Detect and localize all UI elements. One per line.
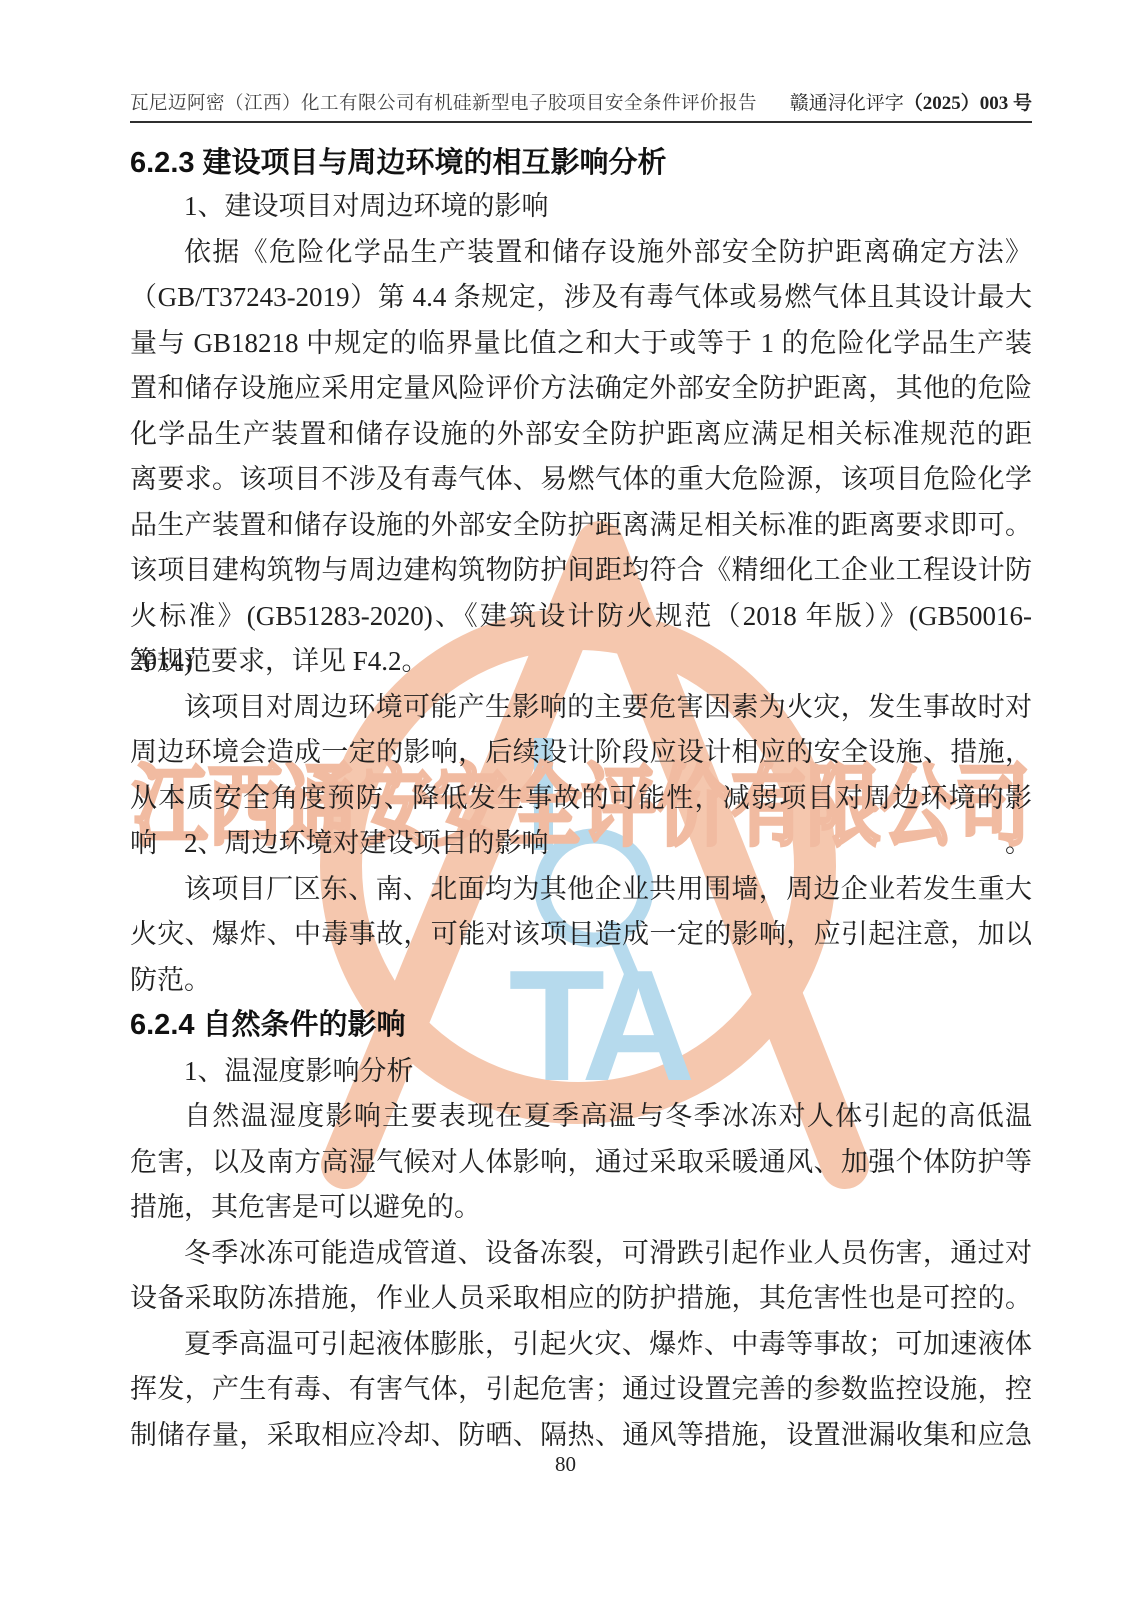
body-line: 夏季高温可引起液体膨胀，引起火灾、爆炸、中毒等事故；可加速液体 [130, 1322, 1032, 1368]
document-number: 赣通浔化评字（2025）003 号 [790, 88, 1032, 115]
document-number-label: 赣通浔化评字 [790, 93, 904, 114]
section-heading: 6.2.4 自然条件的影响 [130, 1003, 1032, 1049]
body-line: 防范。 [130, 958, 1032, 1004]
body-line: 等规范要求，详见 F4.2。 [130, 639, 1032, 685]
body-text: 1、建设项目对周边环境的影响依据《危险化学品生产装置和储存设施外部安全防护距离确… [130, 184, 1032, 1458]
body-line: 自然温湿度影响主要表现在夏季高温与冬季冰冻对人体引起的高低温 [130, 1094, 1032, 1140]
body-line: 从本质安全角度预防、降低发生事故的可能性，减弱项目对周边环境的影响。 [130, 776, 1032, 822]
page-number: 80 [0, 1452, 1131, 1477]
body-line: 化学品生产装置和储存设施的外部安全防护距离应满足相关标准规范的距 [130, 412, 1032, 458]
document-number-value: （2025）003 号 [904, 93, 1032, 114]
body-line: 设备采取防冻措施，作业人员采取相应的防护措施，其危害性也是可控的。 [130, 1276, 1032, 1322]
report-title: 瓦尼迈阿密（江西）化工有限公司有机硅新型电子胶项目安全条件评价报告 [130, 89, 757, 115]
body-line: 1、温湿度影响分析 [130, 1049, 1032, 1095]
section-heading-623: 6.2.3 建设项目与周边环境的相互影响分析 [130, 140, 1032, 181]
document-page: TA 江西通安安全评价有限公司 瓦尼迈阿密（江西）化工有限公司有机硅新型电子胶项… [0, 0, 1131, 1600]
page-content: 瓦尼迈阿密（江西）化工有限公司有机硅新型电子胶项目安全条件评价报告 赣通浔化评字… [0, 0, 1131, 1600]
body-line: 火灾、爆炸、中毒事故，可能对该项目造成一定的影响，应引起注意，加以 [130, 912, 1032, 958]
body-line: 置和储存设施应采用定量风险评价方法确定外部安全防护距离，其他的危险 [130, 366, 1032, 412]
body-line: 离要求。该项目不涉及有毒气体、易燃气体的重大危险源，该项目危险化学 [130, 457, 1032, 503]
body-line: 该项目建构筑物与周边建构筑物防护间距均符合《精细化工企业工程设计防 [130, 548, 1032, 594]
body-line: 挥发，产生有毒、有害气体，引起危害；通过设置完善的参数监控设施，控 [130, 1367, 1032, 1413]
body-line: 周边环境会造成一定的影响，后续设计阶段应设计相应的安全设施、措施， [130, 730, 1032, 776]
page-header: 瓦尼迈阿密（江西）化工有限公司有机硅新型电子胶项目安全条件评价报告 赣通浔化评字… [130, 88, 1032, 123]
body-line: 措施，其危害是可以避免的。 [130, 1185, 1032, 1231]
body-line: 量与 GB18218 中规定的临界量比值之和大于或等于 1 的危险化学品生产装 [130, 321, 1032, 367]
body-line: 火标准》(GB51283-2020)、《建筑设计防火规范（2018 年版）》(G… [130, 594, 1032, 640]
body-line: 冬季冰冻可能造成管道、设备冻裂，可滑跌引起作业人员伤害，通过对 [130, 1231, 1032, 1277]
body-line: 该项目厂区东、南、北面均为其他企业共用围墙，周边企业若发生重大 [130, 867, 1032, 913]
body-line: 危害，以及南方高湿气候对人体影响，通过采取采暖通风、加强个体防护等 [130, 1140, 1032, 1186]
body-line: 该项目对周边环境可能产生影响的主要危害因素为火灾，发生事故时对 [130, 685, 1032, 731]
body-line: 1、建设项目对周边环境的影响 [130, 184, 1032, 230]
body-line: （GB/T37243-2019）第 4.4 条规定，涉及有毒气体或易燃气体且其设… [130, 275, 1032, 321]
body-line: 依据《危险化学品生产装置和储存设施外部安全防护距离确定方法》 [130, 230, 1032, 276]
body-line: 品生产装置和储存设施的外部安全防护距离满足相关标准的距离要求即可。 [130, 503, 1032, 549]
